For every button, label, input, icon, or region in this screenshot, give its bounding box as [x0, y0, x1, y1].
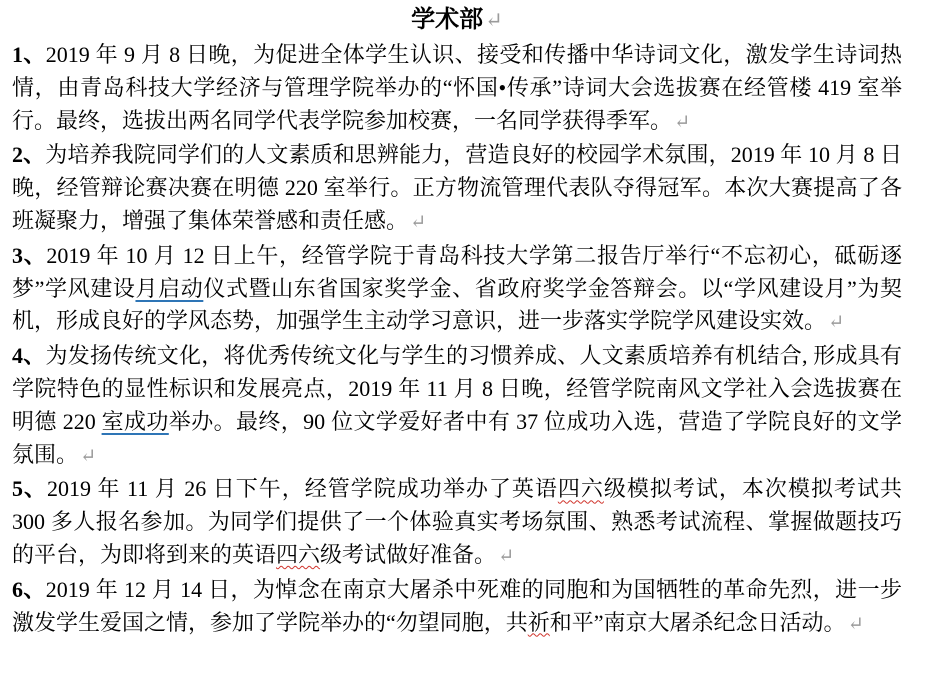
document-body: 1、2019 年 9 月 8 日晚，为促进全体学生认识、接受和传播中华诗词文化，…	[12, 39, 902, 641]
grammar-underline-run: 室成功	[102, 409, 169, 434]
text-run: 为培养我院同学们的人文素质和思辨能力，营造良好的校园学术氛围，2019 年 10…	[12, 142, 902, 233]
document-page[interactable]: 学术部↵ 1、2019 年 9 月 8 日晚，为促进全体学生认识、接受和传播中华…	[0, 0, 928, 695]
list-number: 2、	[12, 142, 45, 167]
grammar-underline-run: 月启动	[135, 276, 203, 301]
paragraph[interactable]: 3、2019 年 10 月 12 日上午，经管学院于青岛科技大学第二报告厅举行“…	[12, 240, 902, 340]
paragraph[interactable]: 5、2019 年 11 月 26 日下午，经管学院成功举办了英语四六级模拟考试，…	[12, 473, 902, 573]
paragraph-mark: ↵	[78, 446, 96, 467]
paragraph[interactable]: 1、2019 年 9 月 8 日晚，为促进全体学生认识、接受和传播中华诗词文化，…	[12, 39, 902, 139]
paragraph-mark: ↵	[483, 8, 503, 32]
text-run: 2019 年 11 月 26 日下午，经管学院成功举办了英语	[47, 476, 558, 501]
paragraph-mark: ↵	[496, 546, 514, 567]
title-text: 学术部	[411, 7, 483, 33]
list-number: 3、	[12, 243, 46, 268]
paragraph[interactable]: 4、为发扬传统文化，将优秀传统文化与学生的习惯养成、人文素质培养有机结合, 形成…	[12, 340, 902, 473]
spellcheck-underline-run: 四六	[276, 542, 320, 567]
text-run: 和平”南京大屠杀纪念日活动。	[550, 610, 846, 635]
paragraph-mark: ↵	[826, 312, 844, 333]
paragraph-mark: ↵	[408, 212, 426, 233]
document-title[interactable]: 学术部↵	[12, 2, 902, 39]
text-run: 2019 年 9 月 8 日晚，为促进全体学生认识、接受和传播中华诗词文化，激发…	[12, 42, 902, 133]
spellcheck-underline-run: 祈	[528, 610, 550, 635]
paragraph-mark: ↵	[672, 112, 690, 133]
paragraph[interactable]: 2、为培养我院同学们的人文素质和思辨能力，营造良好的校园学术氛围，2019 年 …	[12, 139, 902, 239]
paragraph-mark: ↵	[846, 614, 864, 635]
spellcheck-underline-run: 四六	[558, 476, 604, 501]
page: { "page": { "background": "#ffffff", "te…	[0, 0, 928, 695]
list-number: 6、	[12, 577, 46, 602]
text-run: 级考试做好准备。	[320, 542, 496, 567]
list-number: 1、	[12, 42, 46, 67]
list-number: 5、	[12, 476, 47, 501]
paragraph[interactable]: 6、2019 年 12 月 14 日，为悼念在南京大屠杀中死难的同胞和为国牺牲的…	[12, 574, 902, 642]
list-number: 4、	[12, 343, 46, 368]
